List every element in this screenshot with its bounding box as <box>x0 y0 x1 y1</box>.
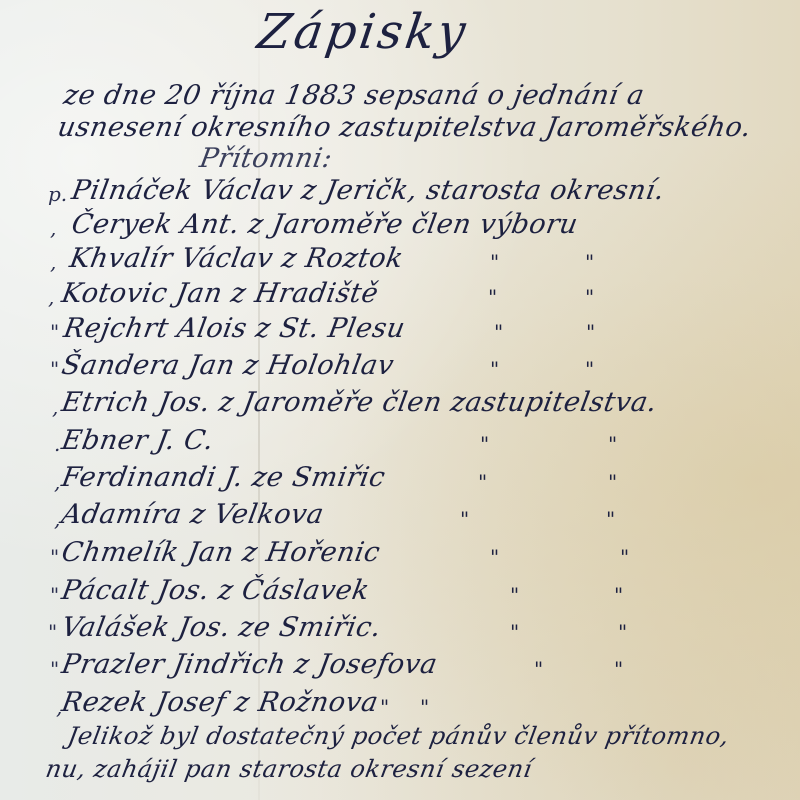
attendee-row: Khvalír Václav z Roztok <box>67 243 406 274</box>
ditto-mark: " <box>380 695 389 719</box>
ditto-mark: " <box>460 507 469 531</box>
row-prefix: , <box>52 395 58 419</box>
attendee-row: Rezek Josef z Rožnova <box>59 687 381 718</box>
attendee-row: Čeryek Ant. z Jaroměře člen výboru <box>69 209 580 240</box>
attendee-row: Kotovic Jan z Hradiště <box>59 278 381 309</box>
attendee-row: Etrich Jos. z Jaroměře člen zastupitelst… <box>59 387 659 418</box>
ditto-mark: " <box>585 250 594 274</box>
attendee-row: Chmelík Jan z Hořenic <box>59 537 382 568</box>
present-label: Přítomni: <box>197 143 335 174</box>
ditto-mark: " <box>488 285 497 309</box>
row-prefix: , <box>48 285 54 309</box>
attendee-row: Šandera Jan z Holohlav <box>59 350 396 381</box>
ditto-mark: " <box>420 695 429 719</box>
attendee-row: Pilnáček Václav z Jeričk, starosta okres… <box>69 175 667 206</box>
attendee-row: Ferdinandi J. ze Smiřic <box>59 462 387 493</box>
ditto-mark: " <box>490 250 499 274</box>
ditto-mark: " <box>478 470 487 494</box>
document-title: Zápisky <box>254 4 472 60</box>
ditto-mark: " <box>494 320 503 344</box>
ditto-mark: " <box>618 620 627 644</box>
ditto-mark: " <box>586 320 595 344</box>
attendee-row: Adamíra z Velkova <box>59 499 326 530</box>
attendee-row: Pácalt Jos. z Čáslavek <box>59 575 372 606</box>
row-prefix: " <box>50 545 59 569</box>
ditto-mark: " <box>510 583 519 607</box>
row-prefix: " <box>48 620 57 644</box>
ditto-mark: " <box>608 470 617 494</box>
ditto-mark: " <box>620 545 629 569</box>
attendee-row: Ebner J. C. <box>59 425 216 456</box>
row-prefix: " <box>50 583 59 607</box>
ditto-mark: " <box>614 583 623 607</box>
ditto-mark: " <box>585 285 594 309</box>
ditto-mark: " <box>490 357 499 381</box>
attendee-row: Rejchrt Alois z St. Plesu <box>61 313 407 344</box>
closing-line-2: nu, zahájil pan starosta okresní sezení <box>44 755 535 783</box>
row-prefix: , <box>50 216 56 240</box>
ditto-mark: " <box>614 657 623 681</box>
row-prefix: , <box>50 250 56 274</box>
attendee-row: Prazler Jindřich z Josefova <box>59 649 440 680</box>
attendee-row: Valášek Jos. ze Smiřic. <box>59 612 383 643</box>
ditto-mark: " <box>534 657 543 681</box>
ditto-mark: " <box>510 620 519 644</box>
ditto-mark: " <box>606 507 615 531</box>
ditto-mark: " <box>585 357 594 381</box>
row-prefix: " <box>50 320 59 344</box>
row-prefix: " <box>50 657 59 681</box>
heading-line-1: ze dne 20 října 1883 sepsaná o jednání a <box>61 80 647 111</box>
row-prefix: " <box>50 357 59 381</box>
heading-line-2: usnesení okresního zastupitelstva Jaromě… <box>55 112 754 143</box>
ditto-mark: " <box>608 432 617 456</box>
closing-line-1: Jelikož byl dostatečný počet pánův členů… <box>66 722 732 750</box>
document-page: Zápisky ze dne 20 října 1883 sepsaná o j… <box>0 0 800 800</box>
ditto-mark: " <box>490 545 499 569</box>
row-prefix: p. <box>48 182 67 206</box>
ditto-mark: " <box>480 432 489 456</box>
